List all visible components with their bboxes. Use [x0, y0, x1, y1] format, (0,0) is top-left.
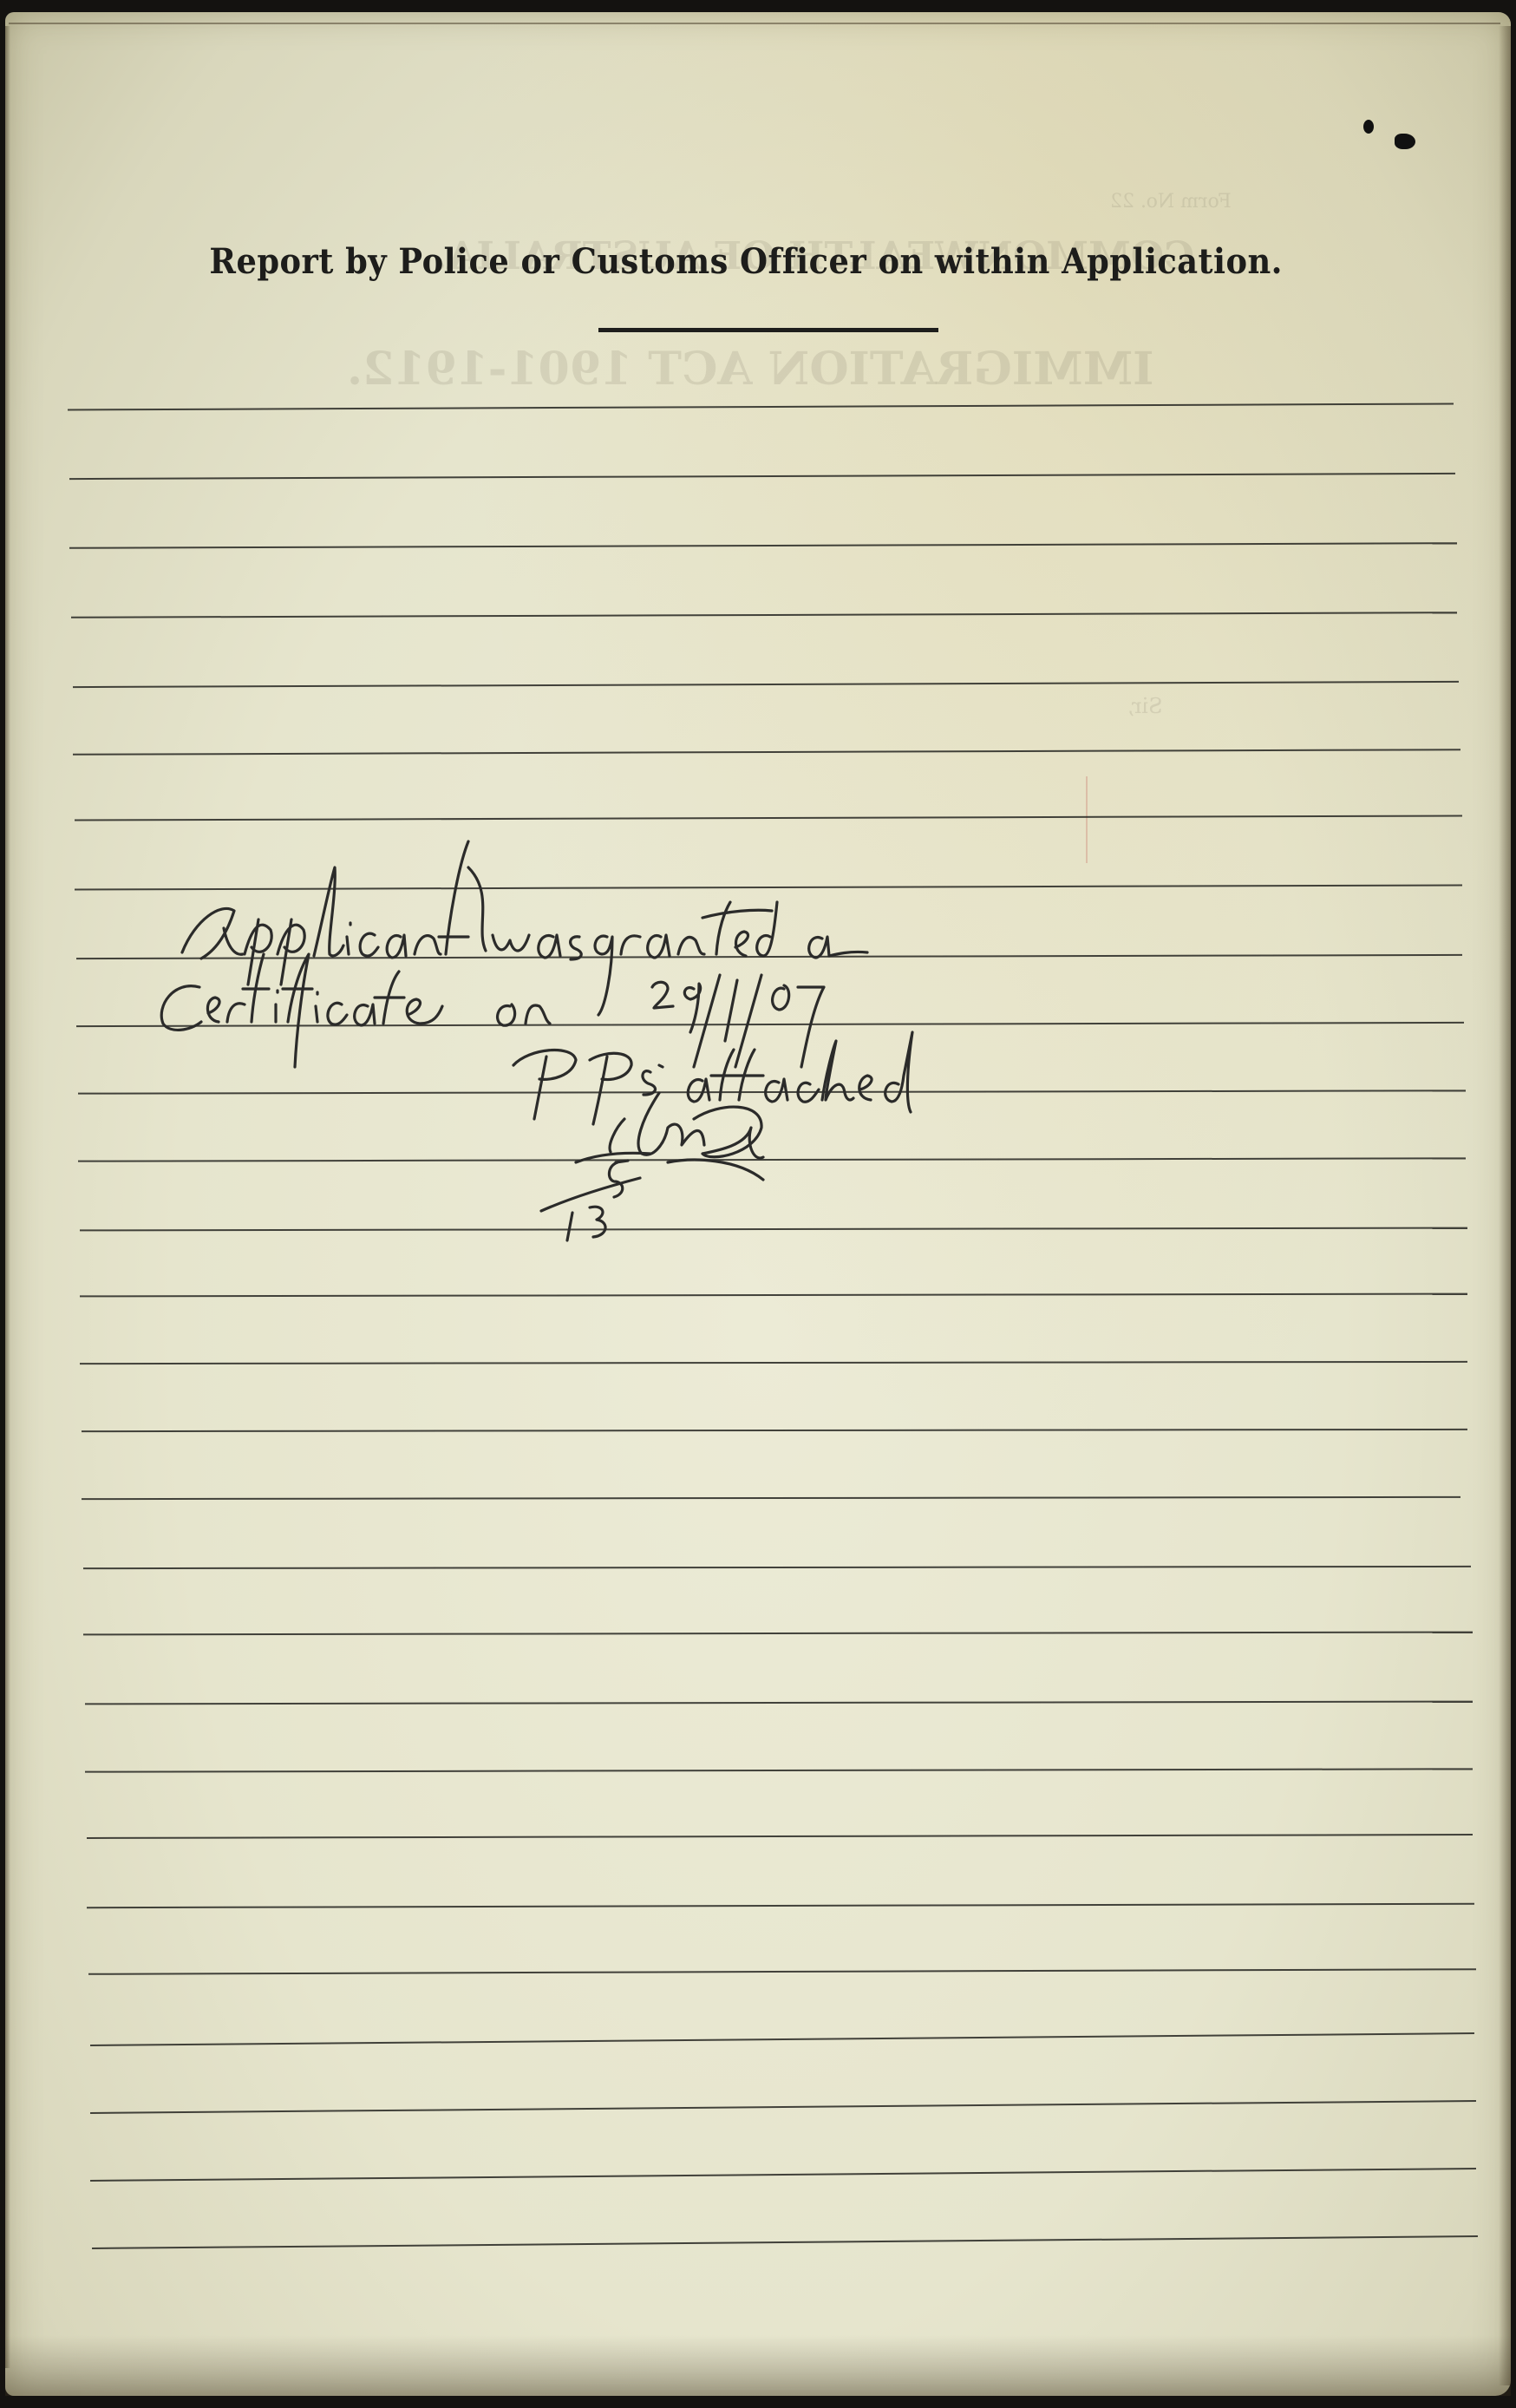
page-title: Report by Police or Customs Officer on w…: [61, 241, 1455, 282]
handwritten-initials: [initials illegible]: [642, 1119, 650, 1120]
show-through-salutation: Sir,: [1127, 694, 1163, 718]
handwritten-line-1: Applicant was granted a: [173, 919, 184, 920]
handwritten-date-fraction: 1/5/13: [572, 1162, 575, 1163]
page-title-text: Report by Police or Customs Officer on w…: [209, 241, 1283, 282]
paper-left-edge: [5, 26, 10, 2368]
handwritten-line-3: PPs attached: [520, 1058, 526, 1059]
ink-blot-large: [1395, 134, 1415, 149]
title-underline: [598, 328, 938, 332]
faint-red-margin-mark: [1086, 776, 1088, 863]
paper-top-fold: [9, 23, 1500, 24]
paper-bottom-edge: [5, 2335, 1511, 2396]
handwritten-line-2: Certificate on 29/1/07: [173, 989, 183, 990]
paper-right-edge: [1499, 26, 1511, 2385]
ink-blot-small: [1363, 120, 1374, 134]
show-through-heading-2: IMMIGRATION ACT 1901-1912.: [347, 343, 1154, 396]
show-through-form-no: Form No. 22: [1110, 191, 1232, 213]
